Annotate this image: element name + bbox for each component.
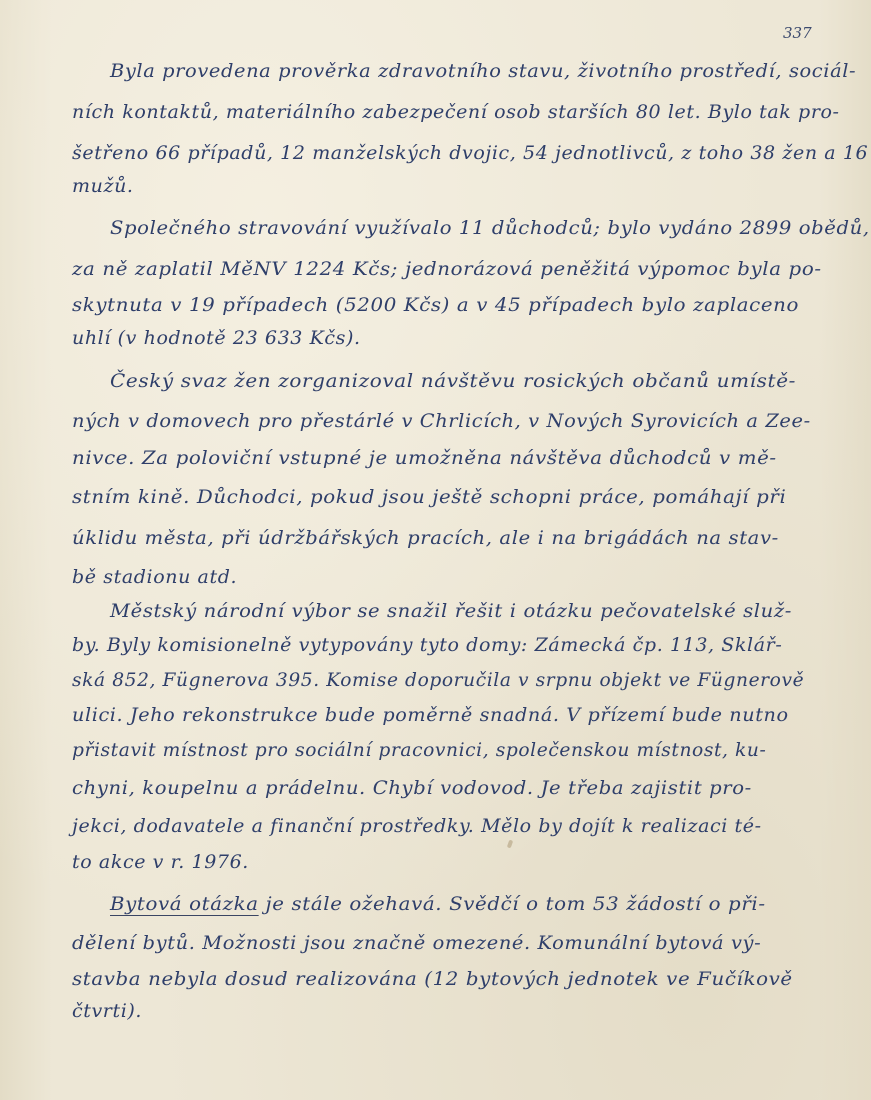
text-line: ních kontaktů, materiálního zabezpečení … (72, 101, 840, 123)
paper-blemish (507, 840, 513, 849)
text-line: bě stadionu atd. (72, 566, 237, 588)
text-line: stavba nebyla dosud realizována (12 byto… (72, 968, 793, 990)
text-line: dělení bytů. Možnosti jsou značně omezen… (72, 932, 761, 954)
text-line: jekci, dodavatele a finanční prostředky.… (72, 815, 762, 837)
text-line: za ně zaplatil MěNV 1224 Kčs; jednorázov… (72, 258, 822, 280)
text-line: Byla provedena prověrka zdravotního stav… (110, 60, 856, 82)
text-line: by. Byly komisionelně vytypovány tyto do… (72, 634, 782, 656)
text-line: ská 852, Fügnerova 395. Komise doporučil… (72, 669, 804, 691)
text-line: přistavit místnost pro sociální pracovni… (72, 739, 766, 761)
text-line: šetřeno 66 případů, 12 manželských dvoji… (72, 142, 868, 164)
text-line: ných v domovech pro přestárlé v Chrlicíc… (72, 410, 811, 432)
page-number: 337 (783, 24, 812, 42)
section-heading-housing: Bytová otázka (110, 893, 259, 915)
text-line: Společného stravování využívalo 11 důcho… (110, 217, 870, 239)
text-line: skytnuta v 19 případech (5200 Kčs) a v 4… (72, 294, 799, 316)
text-line: Bytová otázka je stále ožehavá. Svědčí o… (110, 893, 766, 915)
text-line: Český svaz žen zorganizoval návštěvu ros… (110, 370, 796, 392)
chronicle-page: 337 Byla provedena prověrka zdravotního … (0, 0, 871, 1100)
text-line: to akce v r. 1976. (72, 851, 249, 873)
text-line: chyni, koupelnu a prádelnu. Chybí vodovo… (72, 777, 752, 799)
text-line: mužů. (72, 175, 134, 197)
text-line: Městský národní výbor se snažil řešit i … (110, 600, 792, 622)
text-line: ulici. Jeho rekonstrukce bude poměrně sn… (72, 704, 789, 726)
text-line-continuation: je stále ožehavá. Svědčí o tom 53 žádost… (259, 893, 766, 915)
text-line: uhlí (v hodnotě 23 633 Kčs). (72, 327, 361, 349)
text-line: nivce. Za poloviční vstupné je umožněna … (72, 447, 777, 469)
text-line: úklidu města, při údržbářských pracích, … (72, 527, 779, 549)
text-line: stním kině. Důchodci, pokud jsou ještě s… (72, 486, 786, 508)
text-line: čtvrti). (72, 1000, 142, 1022)
